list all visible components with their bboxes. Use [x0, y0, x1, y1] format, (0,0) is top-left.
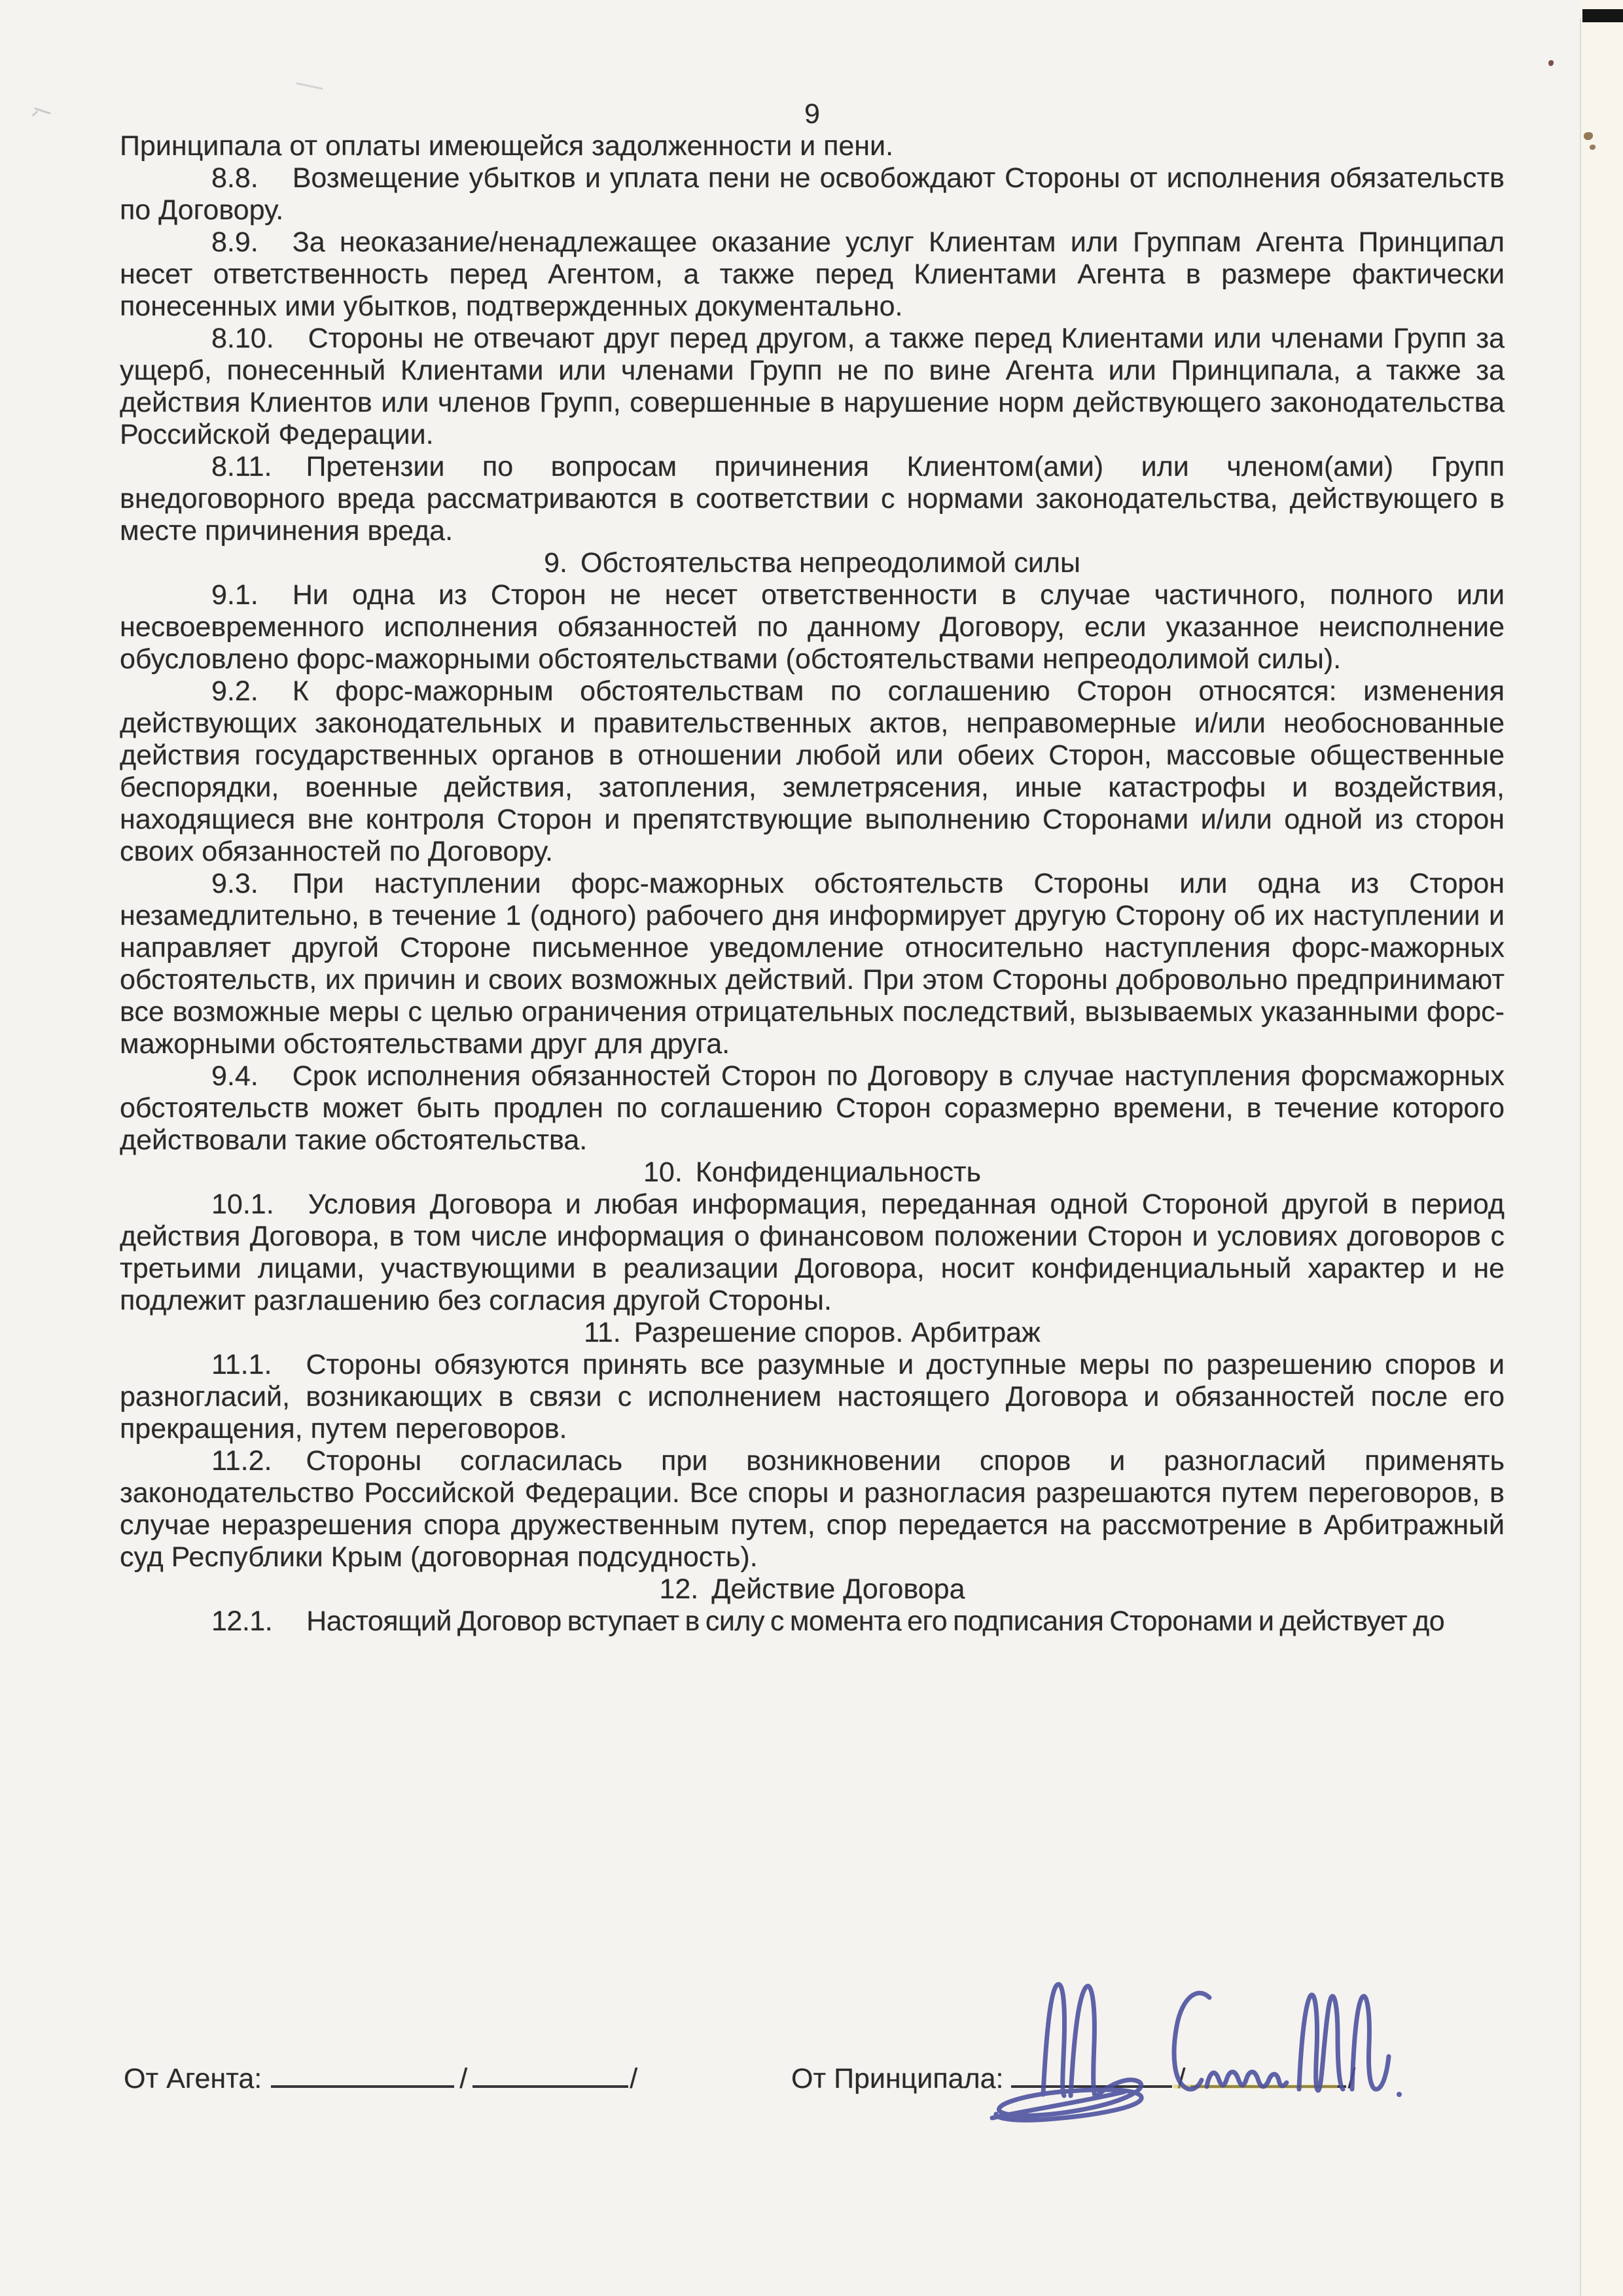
scan-speck [1548, 60, 1554, 66]
slash-separator: / [459, 2063, 467, 2094]
clause-11-2: 11.2.Стороны согласилась при возникновен… [120, 1445, 1505, 1573]
clause-10-1: 10.1.Условия Договора и любая информация… [120, 1189, 1505, 1317]
scan-edge-strip [1581, 0, 1623, 2296]
page-number: 9 [120, 98, 1505, 130]
clause-9-1: 9.1.Ни одна из Сторон не несет ответстве… [120, 579, 1505, 675]
principal-signature-ink [916, 1950, 1414, 2232]
clause-intro-continued: Принципала от оплаты имеющейся задолженн… [120, 130, 1505, 162]
signature-flourish [1043, 1984, 1065, 2096]
pencil-mark [31, 111, 38, 117]
scanned-contract-page: 9 Принципала от оплаты имеющейся задолже… [0, 0, 1623, 2296]
agent-name-blank [473, 2062, 628, 2088]
signature-flourish [1071, 1986, 1096, 2097]
handwriting-period [1397, 2092, 1402, 2097]
agent-label: От Агента: [124, 2063, 262, 2094]
clause-9-4: 9.4.Срок исполнения обязанностей Сторон … [120, 1060, 1505, 1157]
agent-signature-line: От Агента:// [124, 2062, 637, 2095]
heading-section-9: 9.Обстоятельства непреодолимой силы [120, 547, 1505, 579]
handwriting-m [1299, 1995, 1343, 2090]
clause-8-11: 8.11.Претензии по вопросам причинения Кл… [120, 451, 1505, 547]
clause-11-1: 11.1.Стороны обязуются принять все разум… [120, 1349, 1505, 1445]
handwriting-tepan [1207, 2072, 1287, 2087]
scan-corner-artifact [1582, 9, 1623, 22]
heading-section-11: 11.Разрешение споров. Арбитраж [120, 1317, 1505, 1349]
clause-8-8: 8.8.Возмещение убытков и уплата пени не … [120, 162, 1505, 226]
clause-8-10: 8.10.Стороны не отвечают друг перед друг… [120, 323, 1505, 451]
agent-signature-blank [271, 2062, 454, 2088]
handwriting-s [1174, 1993, 1209, 2089]
heading-section-12: 12.Действие Договора [120, 1573, 1505, 1605]
clause-9-3: 9.3.При наступлении форс-мажорных обстоя… [120, 868, 1505, 1060]
trailing-slash: / [630, 2063, 637, 2094]
document-body: 9 Принципала от оплаты имеющейся задолже… [120, 98, 1505, 1638]
clause-9-2: 9.2.К форс-мажорным обстоятельствам по с… [120, 675, 1505, 868]
heading-section-10: 10.Конфиденциальность [120, 1157, 1505, 1189]
pencil-mark [296, 82, 323, 90]
clause-12-1: 12.1.Настоящий Договор вступает в силу с… [120, 1605, 1505, 1638]
scan-edge-line [1580, 18, 1581, 2296]
handwriting-i [1352, 1996, 1389, 2089]
clause-8-9: 8.9.За неоказание/ненадлежащее оказание … [120, 226, 1505, 323]
